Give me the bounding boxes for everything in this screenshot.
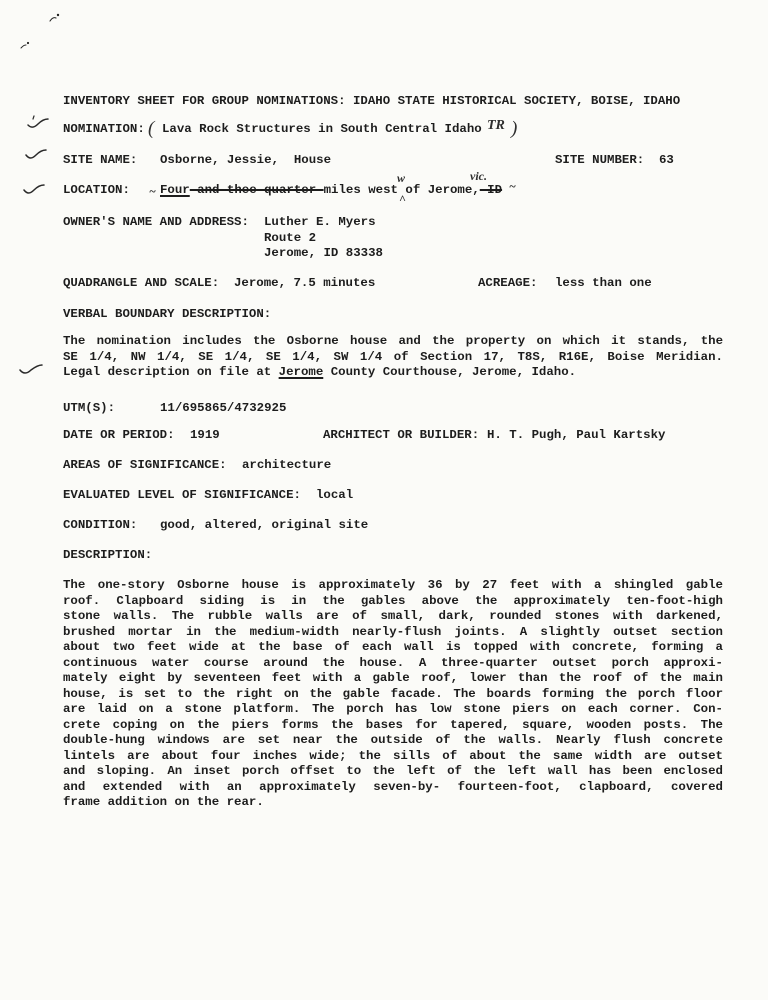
condition-label: CONDITION: xyxy=(63,518,137,534)
text-segment: and thee-quarter xyxy=(190,183,324,197)
text-line: continuous water course around the house… xyxy=(63,656,723,672)
verbal-boundary-paragraph: The nomination includes the Osborne hous… xyxy=(63,334,723,365)
text-line: house, is set to the right on the gable … xyxy=(63,687,723,703)
field-evaluated-level: EVALUATED LEVEL OF SIGNIFICANCE: local xyxy=(63,488,723,504)
site-number-label: SITE NUMBER: xyxy=(555,153,644,169)
verbal-boundary-label: VERBAL BOUNDARY DESCRIPTION: xyxy=(63,307,271,323)
text-line: mately eight by seventeen feet with a ga… xyxy=(63,671,723,687)
date-or-period-label: DATE OR PERIOD: xyxy=(63,428,175,444)
text-line: Route 2 xyxy=(264,231,383,247)
margin-checkmark-legal-description xyxy=(19,362,43,376)
areas-label: AREAS OF SIGNIFICANCE: xyxy=(63,458,227,474)
page-title: INVENTORY SHEET FOR GROUP NOMINATIONS: I… xyxy=(63,94,680,110)
margin-checkmark-nomination xyxy=(27,115,49,131)
location-value: Four and thee-quarter miles west of Jero… xyxy=(160,183,502,199)
text-line: are laid on a stone platform. The porch … xyxy=(63,702,723,718)
field-location: LOCATION: ~ Four and thee-quarter miles … xyxy=(63,183,723,199)
text-line: stone walls. The rubble walls are of sma… xyxy=(63,609,723,625)
field-utm: UTM(S): 11/695865/4732925 xyxy=(63,401,723,417)
document-title-row: INVENTORY SHEET FOR GROUP NOMINATIONS: I… xyxy=(63,94,723,110)
handwritten-paren-open: ( xyxy=(148,119,154,138)
ink-speck-icon xyxy=(48,12,62,24)
handwritten-w-above-west: w xyxy=(397,172,405,184)
text-line: Jerome, ID 83338 xyxy=(264,246,383,262)
handwritten-vic-above-id: vic. xyxy=(470,170,487,182)
text-line: frame addition on the rear. xyxy=(63,795,723,811)
text-line: The one-story Osborne house is approxima… xyxy=(63,578,723,594)
site-number-value: 63 xyxy=(659,153,674,169)
quadrangle-label: QUADRANGLE AND SCALE: xyxy=(63,276,219,292)
text-line: and sloping. An inset porch offset to th… xyxy=(63,764,723,780)
text-line: double-hung windows are set near the out… xyxy=(63,733,723,749)
text-segment: Four xyxy=(160,183,190,197)
utm-value: 11/695865/4732925 xyxy=(160,401,286,417)
field-condition: CONDITION: good, altered, original site xyxy=(63,518,723,534)
text-line: and extended with an approximately seven… xyxy=(63,780,723,796)
date-or-period-value: 1919 xyxy=(190,428,220,444)
nomination-value: Lava Rock Structures in South Central Id… xyxy=(162,122,482,138)
text-line: about two feet wide at the base of each … xyxy=(63,640,723,656)
field-areas-of-significance: AREAS OF SIGNIFICANCE: architecture xyxy=(63,458,723,474)
handwritten-paren-close: ) xyxy=(511,119,517,138)
text-line: Luther E. Myers xyxy=(264,215,383,231)
field-owner: OWNER'S NAME AND ADDRESS: Luther E. Myer… xyxy=(63,215,723,263)
text-line: The nomination includes the Osborne hous… xyxy=(63,334,723,350)
site-name-label: SITE NAME: xyxy=(63,153,137,169)
text-segment: County Courthouse, Jerome, Idaho. xyxy=(323,365,576,379)
field-date-architect: DATE OR PERIOD: 1919 ARCHITECT OR BUILDE… xyxy=(63,428,723,444)
acreage-label: ACREAGE: xyxy=(478,276,538,292)
text-line: lintels are about four inches wide; the … xyxy=(63,749,723,765)
architect-value: H. T. Pugh, Paul Kartsky xyxy=(487,428,665,444)
description-label: DESCRIPTION: xyxy=(63,548,152,564)
field-verbal-boundary-label: VERBAL BOUNDARY DESCRIPTION: xyxy=(63,307,723,323)
owner-label: OWNER'S NAME AND ADDRESS: xyxy=(63,215,249,231)
ink-speck-icon xyxy=(20,40,32,50)
legal-description-text: Legal description on file at Jerome Coun… xyxy=(63,365,576,381)
description-paragraph: The one-story Osborne house is approxima… xyxy=(63,578,723,811)
evaluated-level-label: EVALUATED LEVEL OF SIGNIFICANCE: xyxy=(63,488,301,504)
owner-address-block: Luther E. MyersRoute 2Jerome, ID 83338 xyxy=(264,215,383,262)
legal-description-line: Legal description on file at Jerome Coun… xyxy=(63,365,723,381)
field-nomination: NOMINATION: ( Lava Rock Structures in So… xyxy=(63,122,723,138)
handwritten-note-tr: TR xyxy=(487,120,505,132)
areas-value: architecture xyxy=(242,458,331,474)
condition-value: good, altered, original site xyxy=(160,518,368,534)
architect-label: ARCHITECT OR BUILDER: xyxy=(323,428,479,444)
text-segment: Legal description on file at xyxy=(63,365,279,379)
field-description-label: DESCRIPTION: xyxy=(63,548,723,564)
text-segment: ID xyxy=(480,183,502,197)
handwritten-tail-squiggle: ~ xyxy=(509,180,516,192)
text-line: crete coping on the piers forms the base… xyxy=(63,718,723,734)
location-label: LOCATION: xyxy=(63,183,130,199)
field-quadrangle: QUADRANGLE AND SCALE: Jerome, 7.5 minute… xyxy=(63,276,723,292)
text-line: roof. Clapboard siding is in the gables … xyxy=(63,594,723,610)
site-name-value: Osborne, Jessie, House xyxy=(160,153,331,169)
acreage-value: less than one xyxy=(555,276,652,292)
margin-checkmark-site-name xyxy=(25,147,47,161)
nomination-label: NOMINATION: xyxy=(63,122,145,138)
field-site-name: SITE NAME: Osborne, Jessie, House SITE N… xyxy=(63,153,723,169)
handwritten-lead-mark: ~ xyxy=(149,185,156,197)
utm-label: UTM(S): xyxy=(63,401,115,417)
evaluated-level-value: local xyxy=(316,488,353,504)
text-line: SE 1/4, NW 1/4, SE 1/4, SE 1/4, SW 1/4 o… xyxy=(63,350,723,366)
handwritten-caret: ^ xyxy=(399,193,406,205)
quadrangle-value: Jerome, 7.5 minutes xyxy=(234,276,375,292)
text-segment: Jerome xyxy=(279,365,324,379)
margin-checkmark-location xyxy=(23,182,45,196)
text-line: brushed mortar in the medium-width nearl… xyxy=(63,625,723,641)
scanned-inventory-sheet: INVENTORY SHEET FOR GROUP NOMINATIONS: I… xyxy=(0,0,768,1000)
